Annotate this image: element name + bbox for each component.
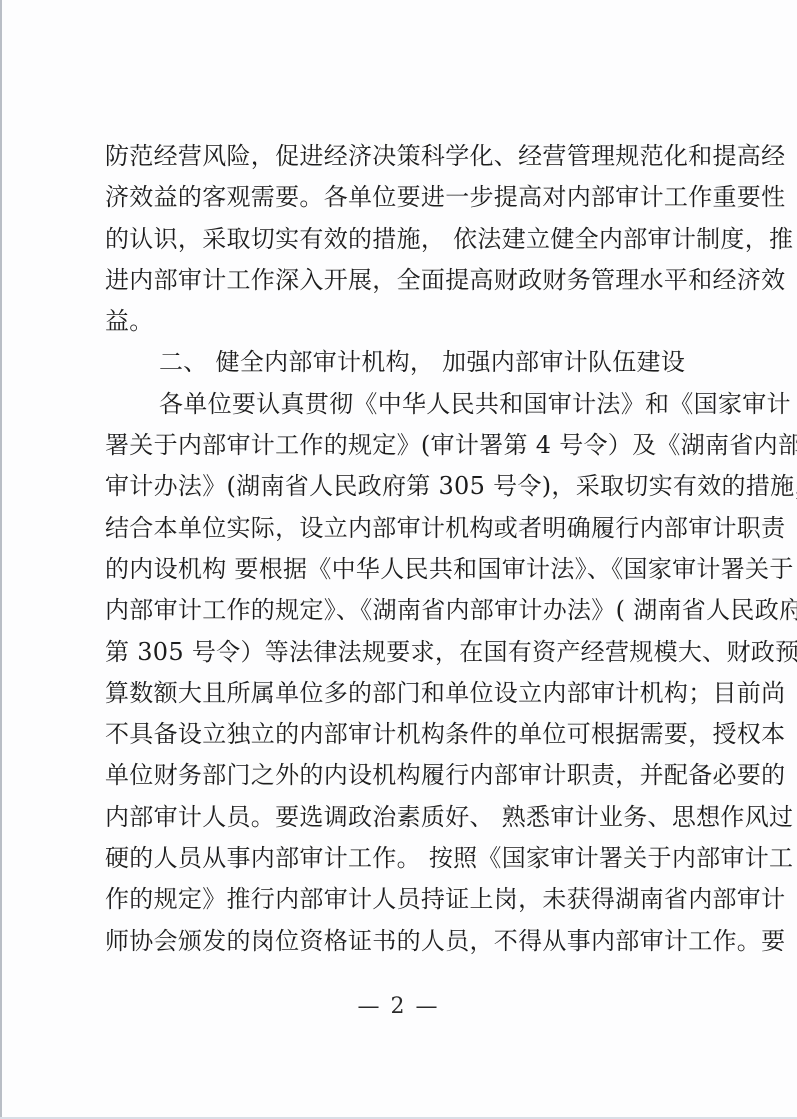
text-line: 内部审计工作的规定》、《湖南省内部审计办法》( 湖南省人民政府	[105, 590, 705, 631]
page-number: — 2 —	[0, 994, 797, 1019]
text-line: 内部审计人员。要选调政治素质好、 熟悉审计业务、思想作风过	[105, 797, 705, 838]
text-line: 师协会颁发的岗位资格证书的人员，不得从事内部审计工作。要	[105, 921, 705, 962]
text-line: 不具备设立独立的内部审计机构条件的单位可根据需要，授权本	[105, 714, 705, 755]
text-line: 作的规定》推行内部审计人员持证上岗，未获得湖南省内部审计	[105, 879, 705, 920]
text-line: 算数额大且所属单位多的部门和单位设立内部审计机构；目前尚	[105, 673, 705, 714]
text-line: 结合本单位实际，设立内部审计机构或者明确履行内部审计职责	[105, 508, 705, 549]
text-line: 进内部审计工作深入开展，全面提高财政财务管理水平和经济效	[105, 260, 705, 301]
text-line: 署关于内部审计工作的规定》(审计署第 4 号令）及《湖南省内部	[105, 425, 705, 466]
text-line: 防范经营风险，促进经济决策科学化、经营管理规范化和提高经	[105, 136, 705, 177]
text-line: 单位财务部门之外的内设机构履行内部审计职责，并配备必要的	[105, 755, 705, 796]
text-line: 审计办法》(湖南省人民政府第 305 号令)，采取切实有效的措施，	[105, 466, 705, 507]
text-line: 硬的人员从事内部审计工作。 按照《国家审计署关于内部审计工	[105, 838, 705, 879]
paragraph-first-line: 各单位要认真贯彻《中华人民共和国审计法》和《国家审计	[105, 384, 705, 425]
body-text: 防范经营风险，促进经济决策科学化、经营管理规范化和提高经 济效益的客观需要。各单…	[105, 136, 705, 962]
scan-edge-left	[0, 0, 2, 1119]
text-line: 益。	[105, 301, 705, 342]
document-page: 防范经营风险，促进经济决策科学化、经营管理规范化和提高经 济效益的客观需要。各单…	[0, 0, 797, 1119]
text-line: 的认识，采取切实有效的措施， 依法建立健全内部审计制度，推	[105, 219, 705, 260]
text-line: 济效益的客观需要。各单位要进一步提高对内部审计工作重要性	[105, 177, 705, 218]
text-line: 的内设机构 要根据《中华人民共和国审计法》、《国家审计署关于	[105, 549, 705, 590]
section-heading: 二、 健全内部审计机构， 加强内部审计队伍建设	[105, 342, 705, 383]
text-line: 第 305 号令）等法律法规要求，在国有资产经营规模大、财政预	[105, 632, 705, 673]
